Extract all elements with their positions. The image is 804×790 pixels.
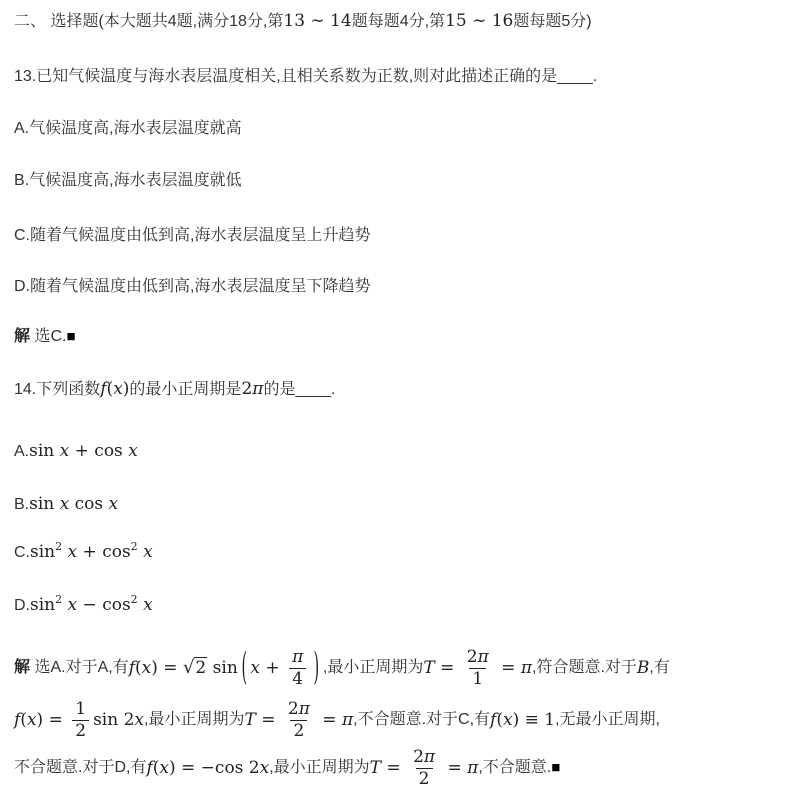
math-roman-run: ) xyxy=(151,657,158,679)
big-paren: ( xyxy=(241,644,247,692)
math-roman-run: 2 xyxy=(419,769,430,789)
text-run: ,有 xyxy=(649,657,669,679)
math-roman-run: cos xyxy=(94,441,128,461)
text-run: 14.下列函数 xyxy=(14,381,100,398)
math-fraction: π4 xyxy=(289,647,306,690)
text-run: ,最小正周期为 xyxy=(323,657,423,679)
math-roman-run: = xyxy=(158,657,183,679)
math-italic-run: T xyxy=(370,757,381,779)
question-14-option-d: D.sin2 x − cos2 x xyxy=(14,592,796,620)
math-italic-run: x xyxy=(260,757,270,779)
qed-square: ■ xyxy=(551,757,560,779)
math-roman-run: sin xyxy=(30,595,55,615)
fraction-numerator: 2π xyxy=(410,747,438,768)
question-14-option-a: A.sin x + cos x xyxy=(14,439,796,464)
math-italic-run: x xyxy=(128,441,138,461)
math-superscript: 2 xyxy=(131,593,138,606)
math-superscript: 2 xyxy=(55,593,62,606)
math-roman-run: ) xyxy=(37,709,44,731)
fraction-numerator: 2π xyxy=(285,699,313,720)
math-roman-run: ) xyxy=(513,709,520,731)
math-italic-run: x xyxy=(138,595,153,615)
bold-text-run: 解 xyxy=(14,657,30,679)
math-italic-run: x xyxy=(159,757,169,779)
math-roman-run: cos xyxy=(102,595,130,615)
radical-sign-icon: √ xyxy=(183,657,194,678)
math-italic-run: T xyxy=(423,657,434,679)
math-italic-run: x xyxy=(62,542,77,562)
fraction-numerator: 1 xyxy=(72,699,89,720)
text-run: ,不合题意. xyxy=(478,757,551,779)
question-14-solution-line-3: 不合题意.对于D,有f(x) = −cos 2x,最小正周期为T = 2π2 =… xyxy=(14,744,796,790)
math-italic-run: π xyxy=(342,709,353,731)
fraction-denominator: 4 xyxy=(289,668,306,690)
question-14-option-c: C.sin2 x + cos2 x xyxy=(14,539,796,567)
math-roman-run: sin xyxy=(29,441,60,461)
math-italic-run: x xyxy=(250,657,260,679)
question-13-option-a: A.气候温度高,海水表层温度就高 xyxy=(14,118,796,140)
text-run: 的最小正周期是 xyxy=(129,381,241,398)
math-roman-run: = xyxy=(256,709,281,731)
big-paren: ) xyxy=(314,644,320,692)
math-roman-run: 2 xyxy=(75,721,86,741)
question-13-solution: 解 选C.■ xyxy=(14,326,796,348)
math-fraction: 2π1 xyxy=(464,647,492,690)
math-italic-run: x xyxy=(134,709,144,731)
math-fraction: 2π2 xyxy=(410,747,438,790)
math-italic-run: π xyxy=(299,699,310,719)
text-run: ,无最小正周期, xyxy=(555,709,660,731)
fraction-numerator: 2π xyxy=(464,647,492,668)
math-roman-run: ( xyxy=(153,757,160,779)
math-roman-run: cos xyxy=(69,494,108,514)
math-roman-run: sin xyxy=(207,657,238,679)
text-run: C. xyxy=(14,544,30,561)
math-italic-run: π xyxy=(424,747,435,767)
math-roman-run: cos xyxy=(102,542,130,562)
question-14-solution-line-1: 解 选A.对于A,有f(x) = √2 sin(x + π4),最小正周期为T … xyxy=(14,640,796,696)
math-italic-run: T xyxy=(244,709,255,731)
math-italic-run: x xyxy=(60,494,70,514)
math-italic-run: π xyxy=(252,379,263,399)
question-13-option-d: D.随着气候温度由低到高,海水表层温度呈下降趋势 xyxy=(14,276,796,298)
math-italic-run: x xyxy=(60,441,70,461)
math-roman-run: ( xyxy=(135,657,142,679)
text-run: ,最小正周期为 xyxy=(144,709,244,731)
qed-square: ■ xyxy=(66,328,75,345)
text-run: 不合题意.对于D,有 xyxy=(14,757,146,779)
math-italic-run: x xyxy=(27,709,37,731)
math-roman-run: ( xyxy=(496,709,503,731)
question-14-stem: 14.下列函数f(x)的最小正周期是2π的是____. xyxy=(14,376,796,403)
math-italic-run: π xyxy=(467,757,478,779)
math-italic-run: B xyxy=(637,657,650,679)
math-roman-run: 13 ∼ 14 xyxy=(283,11,351,31)
math-roman-run: = xyxy=(435,657,460,679)
math-roman-run: sin 2 xyxy=(93,709,134,731)
math-roman-run: sin xyxy=(29,494,60,514)
question-13-option-c: C.随着气候温度由低到高,海水表层温度呈上升趋势 xyxy=(14,225,796,247)
math-roman-run: 15 ∼ 16 xyxy=(445,11,513,31)
math-roman-run: 2 xyxy=(467,647,478,667)
math-italic-run: π xyxy=(521,657,532,679)
bold-text-run: 解 xyxy=(14,328,30,345)
math-italic-run: x xyxy=(62,595,77,615)
math-roman-run: 4 xyxy=(292,669,303,689)
math-roman-run: 1 xyxy=(75,699,86,719)
math-roman-run: ( xyxy=(20,709,27,731)
text-run: 题每题4分,第 xyxy=(352,13,445,30)
fraction-denominator: 2 xyxy=(290,720,307,742)
math-roman-run: + xyxy=(69,441,94,461)
text-run: 题每题5分) xyxy=(513,13,591,30)
math-roman-run: = −cos 2 xyxy=(176,757,260,779)
math-roman-run: ≡ 1 xyxy=(519,709,555,731)
math-roman-run: 2 xyxy=(413,747,424,767)
text-run: 选C. xyxy=(30,328,66,345)
math-roman-run: 2 xyxy=(288,699,299,719)
fraction-numerator: π xyxy=(289,647,306,668)
text-run: 选A.对于A,有 xyxy=(30,657,129,679)
radicand: 2 xyxy=(194,657,207,678)
text-run: 二、 选择题(本大题共4题,满分18分,第 xyxy=(14,13,283,30)
math-sqrt: √2 xyxy=(183,657,207,680)
text-run: A. xyxy=(14,443,29,460)
fraction-denominator: 1 xyxy=(469,668,486,690)
fraction-denominator: 2 xyxy=(416,768,433,790)
text-run: 的是____. xyxy=(263,381,335,398)
text-run: ,符合题意.对于 xyxy=(532,657,637,679)
text-run: D. xyxy=(14,597,30,614)
fraction-denominator: 2 xyxy=(72,720,89,742)
math-roman-run: = xyxy=(43,709,68,731)
math-italic-run: x xyxy=(142,657,152,679)
document-page: 二、 选择题(本大题共4题,满分18分,第13 ∼ 14题每题4分,第15 ∼ … xyxy=(0,0,804,790)
math-roman-run: = xyxy=(496,657,521,679)
math-fraction: 2π2 xyxy=(285,699,313,742)
math-italic-run: x xyxy=(138,542,153,562)
math-superscript: 2 xyxy=(55,540,62,553)
math-roman-run: = xyxy=(381,757,406,779)
math-italic-run: x xyxy=(113,379,123,399)
question-14-solution-line-2: f(x) = 12sin 2x,最小正周期为T = 2π2 = π,不合题意.对… xyxy=(14,696,796,744)
math-italic-run: x xyxy=(109,494,119,514)
math-italic-run: π xyxy=(292,647,303,667)
math-roman-run: + xyxy=(260,657,285,679)
math-roman-run: − xyxy=(77,595,102,615)
text-run: B. xyxy=(14,496,29,513)
math-roman-run: + xyxy=(77,542,102,562)
text-run: ,不合题意.对于C,有 xyxy=(353,709,490,731)
math-roman-run: = xyxy=(317,709,342,731)
math-roman-run: = xyxy=(442,757,467,779)
text-run: ,最小正周期为 xyxy=(269,757,369,779)
math-roman-run: 1 xyxy=(472,669,483,689)
math-roman-run: sin xyxy=(30,542,55,562)
math-roman-run: 2 xyxy=(293,721,304,741)
math-italic-run: x xyxy=(503,709,513,731)
question-14-option-b: B.sin x cos x xyxy=(14,492,796,517)
math-italic-run: π xyxy=(478,647,489,667)
question-13-option-b: B.气候温度高,海水表层温度就低 xyxy=(14,170,796,192)
math-fraction: 12 xyxy=(72,699,89,742)
section-header: 二、 选择题(本大题共4题,满分18分,第13 ∼ 14题每题4分,第15 ∼ … xyxy=(14,10,796,33)
math-roman-run: 2 xyxy=(241,379,252,399)
math-roman-run: ) xyxy=(169,757,176,779)
question-13-stem: 13.已知气候温度与海水表层温度相关,且相关系数为正数,则对此描述正确的是___… xyxy=(14,66,796,88)
math-superscript: 2 xyxy=(131,540,138,553)
